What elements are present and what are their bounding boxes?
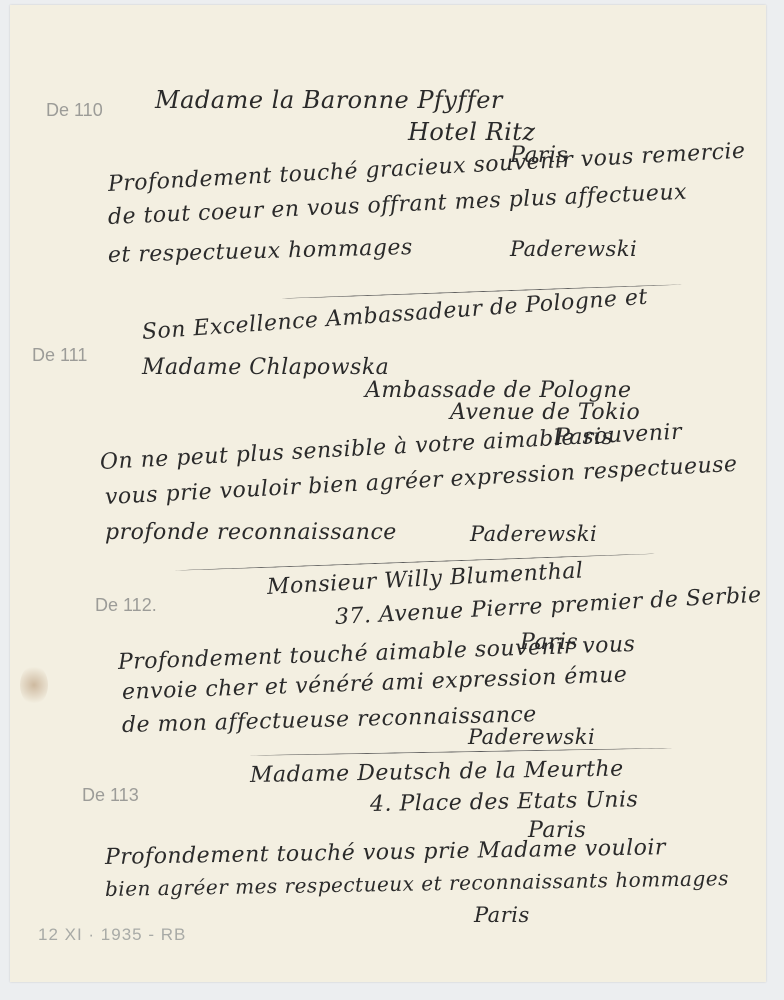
entry-111-message-line: profonde reconnaissance — [105, 520, 397, 545]
entry-ref-111: De 111 — [32, 345, 87, 366]
entry-111-recipient: Madame Chlapowska — [142, 355, 389, 380]
entry-113-signature: Paris — [474, 903, 530, 927]
entry-111-signature: Paderewski — [470, 522, 597, 546]
entry-ref-113: De 113 — [82, 785, 139, 806]
entry-ref-110: De 110 — [46, 100, 103, 121]
paper-stain — [20, 665, 48, 705]
entry-113-address-line: 4. Place des Etats Unis — [370, 787, 639, 817]
entry-110-recipient: Madame la Baronne Pfyffer — [155, 86, 503, 114]
entry-ref-112: De 112. — [95, 595, 157, 616]
archive-note: 12 XI · 1935 - RB — [38, 925, 186, 945]
entry-111-address-line: Avenue de Tokio — [450, 400, 640, 425]
entry-110-address-line: Hotel Ritz — [408, 118, 536, 146]
entry-112-signature: Paderewski — [468, 725, 595, 749]
entry-110-signature: Paderewski — [510, 237, 637, 261]
